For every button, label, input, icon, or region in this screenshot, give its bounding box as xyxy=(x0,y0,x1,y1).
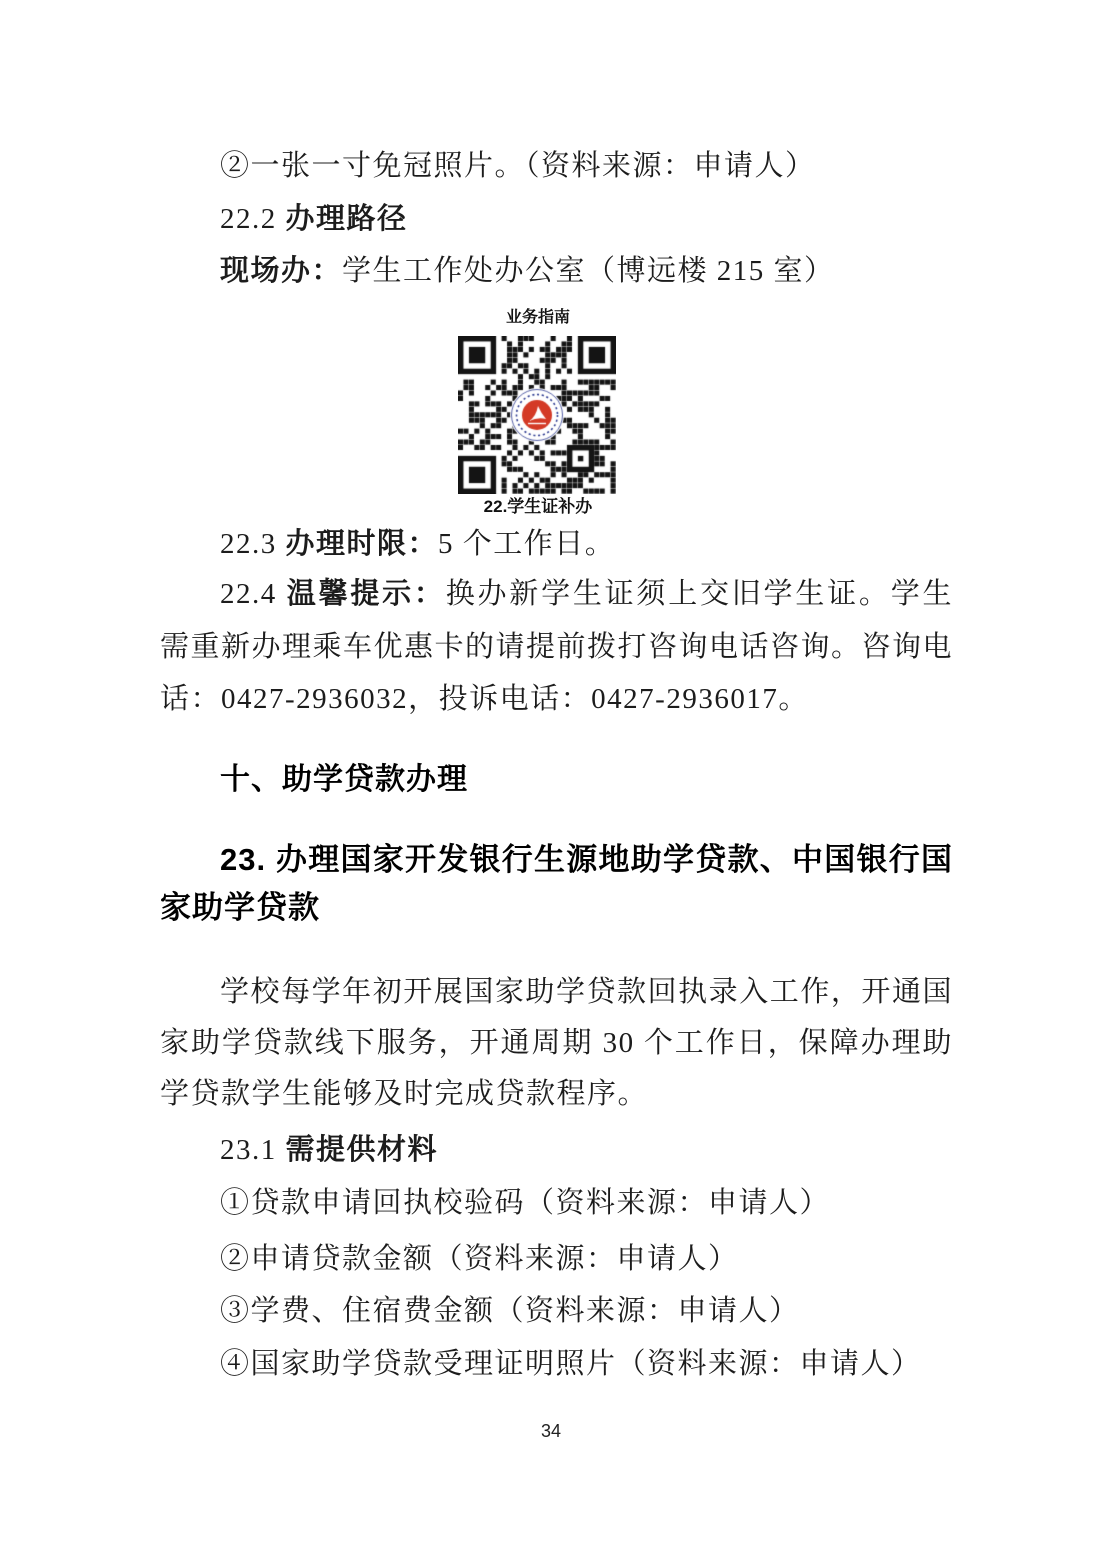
onsite-channel-text: 学生工作处办公室（博远楼 215 室） xyxy=(342,255,835,287)
section-22-3-text: 5 个工作日。 xyxy=(438,528,615,560)
qr-code xyxy=(458,336,616,494)
material-item-1: ①贷款申请回执校验码（资料来源：申请人） xyxy=(160,1177,953,1230)
section-23-1-number: 23.1 xyxy=(220,1134,286,1166)
paragraph-photo-item: ②一张一寸免冠照片。（资料来源：申请人） xyxy=(160,140,953,193)
section-23-paragraph: 学校每学年初开展国家助学贷款回执录入工作，开通国家助学贷款线下服务，开通周期 3… xyxy=(160,967,953,1120)
material-item-4: ④国家助学贷款受理证明照片（资料来源：申请人） xyxy=(160,1338,953,1391)
onsite-channel-line: 现场办：学生工作处办公室（博远楼 215 室） xyxy=(160,245,953,298)
chapter-10-heading: 十、助学贷款办理 xyxy=(160,760,953,800)
section-22-4-paragraph: 22.4 温馨提示：换办新学生证须上交旧学生证。学生需重新办理乘车优惠卡的请提前… xyxy=(160,568,953,726)
section-22-2-number: 22.2 xyxy=(220,203,286,235)
onsite-channel-label: 现场办： xyxy=(220,255,342,287)
document-page: ②一张一寸免冠照片。（资料来源：申请人） 22.2 办理路径 现场办：学生工作处… xyxy=(0,0,1102,1559)
section-23-1-title: 需提供材料 xyxy=(286,1134,439,1166)
section-22-3-line: 22.3 办理时限：5 个工作日。 xyxy=(160,518,953,571)
qr-block-caption: 22.学生证补办 xyxy=(428,497,648,517)
material-item-3: ③学费、住宿费金额（资料来源：申请人） xyxy=(160,1285,953,1338)
section-22-4-label: 温馨提示： xyxy=(287,578,446,610)
page-number: 34 xyxy=(0,1420,1102,1442)
section-22-3-label: 办理时限： xyxy=(286,528,439,560)
section-22-4-number: 22.4 xyxy=(220,578,287,610)
material-item-2: ②申请贷款金额（资料来源：申请人） xyxy=(160,1233,953,1286)
section-22-2-title: 办理路径 xyxy=(286,203,408,235)
qr-block-title: 业务指南 xyxy=(428,308,648,328)
section-23-1-heading: 23.1 需提供材料 xyxy=(160,1124,953,1177)
section-22-2-heading: 22.2 办理路径 xyxy=(160,193,953,246)
section-23-heading: 23. 办理国家开发银行生源地助学贷款、中国银行国家助学贷款 xyxy=(160,836,953,932)
section-22-3-number: 22.3 xyxy=(220,528,286,560)
